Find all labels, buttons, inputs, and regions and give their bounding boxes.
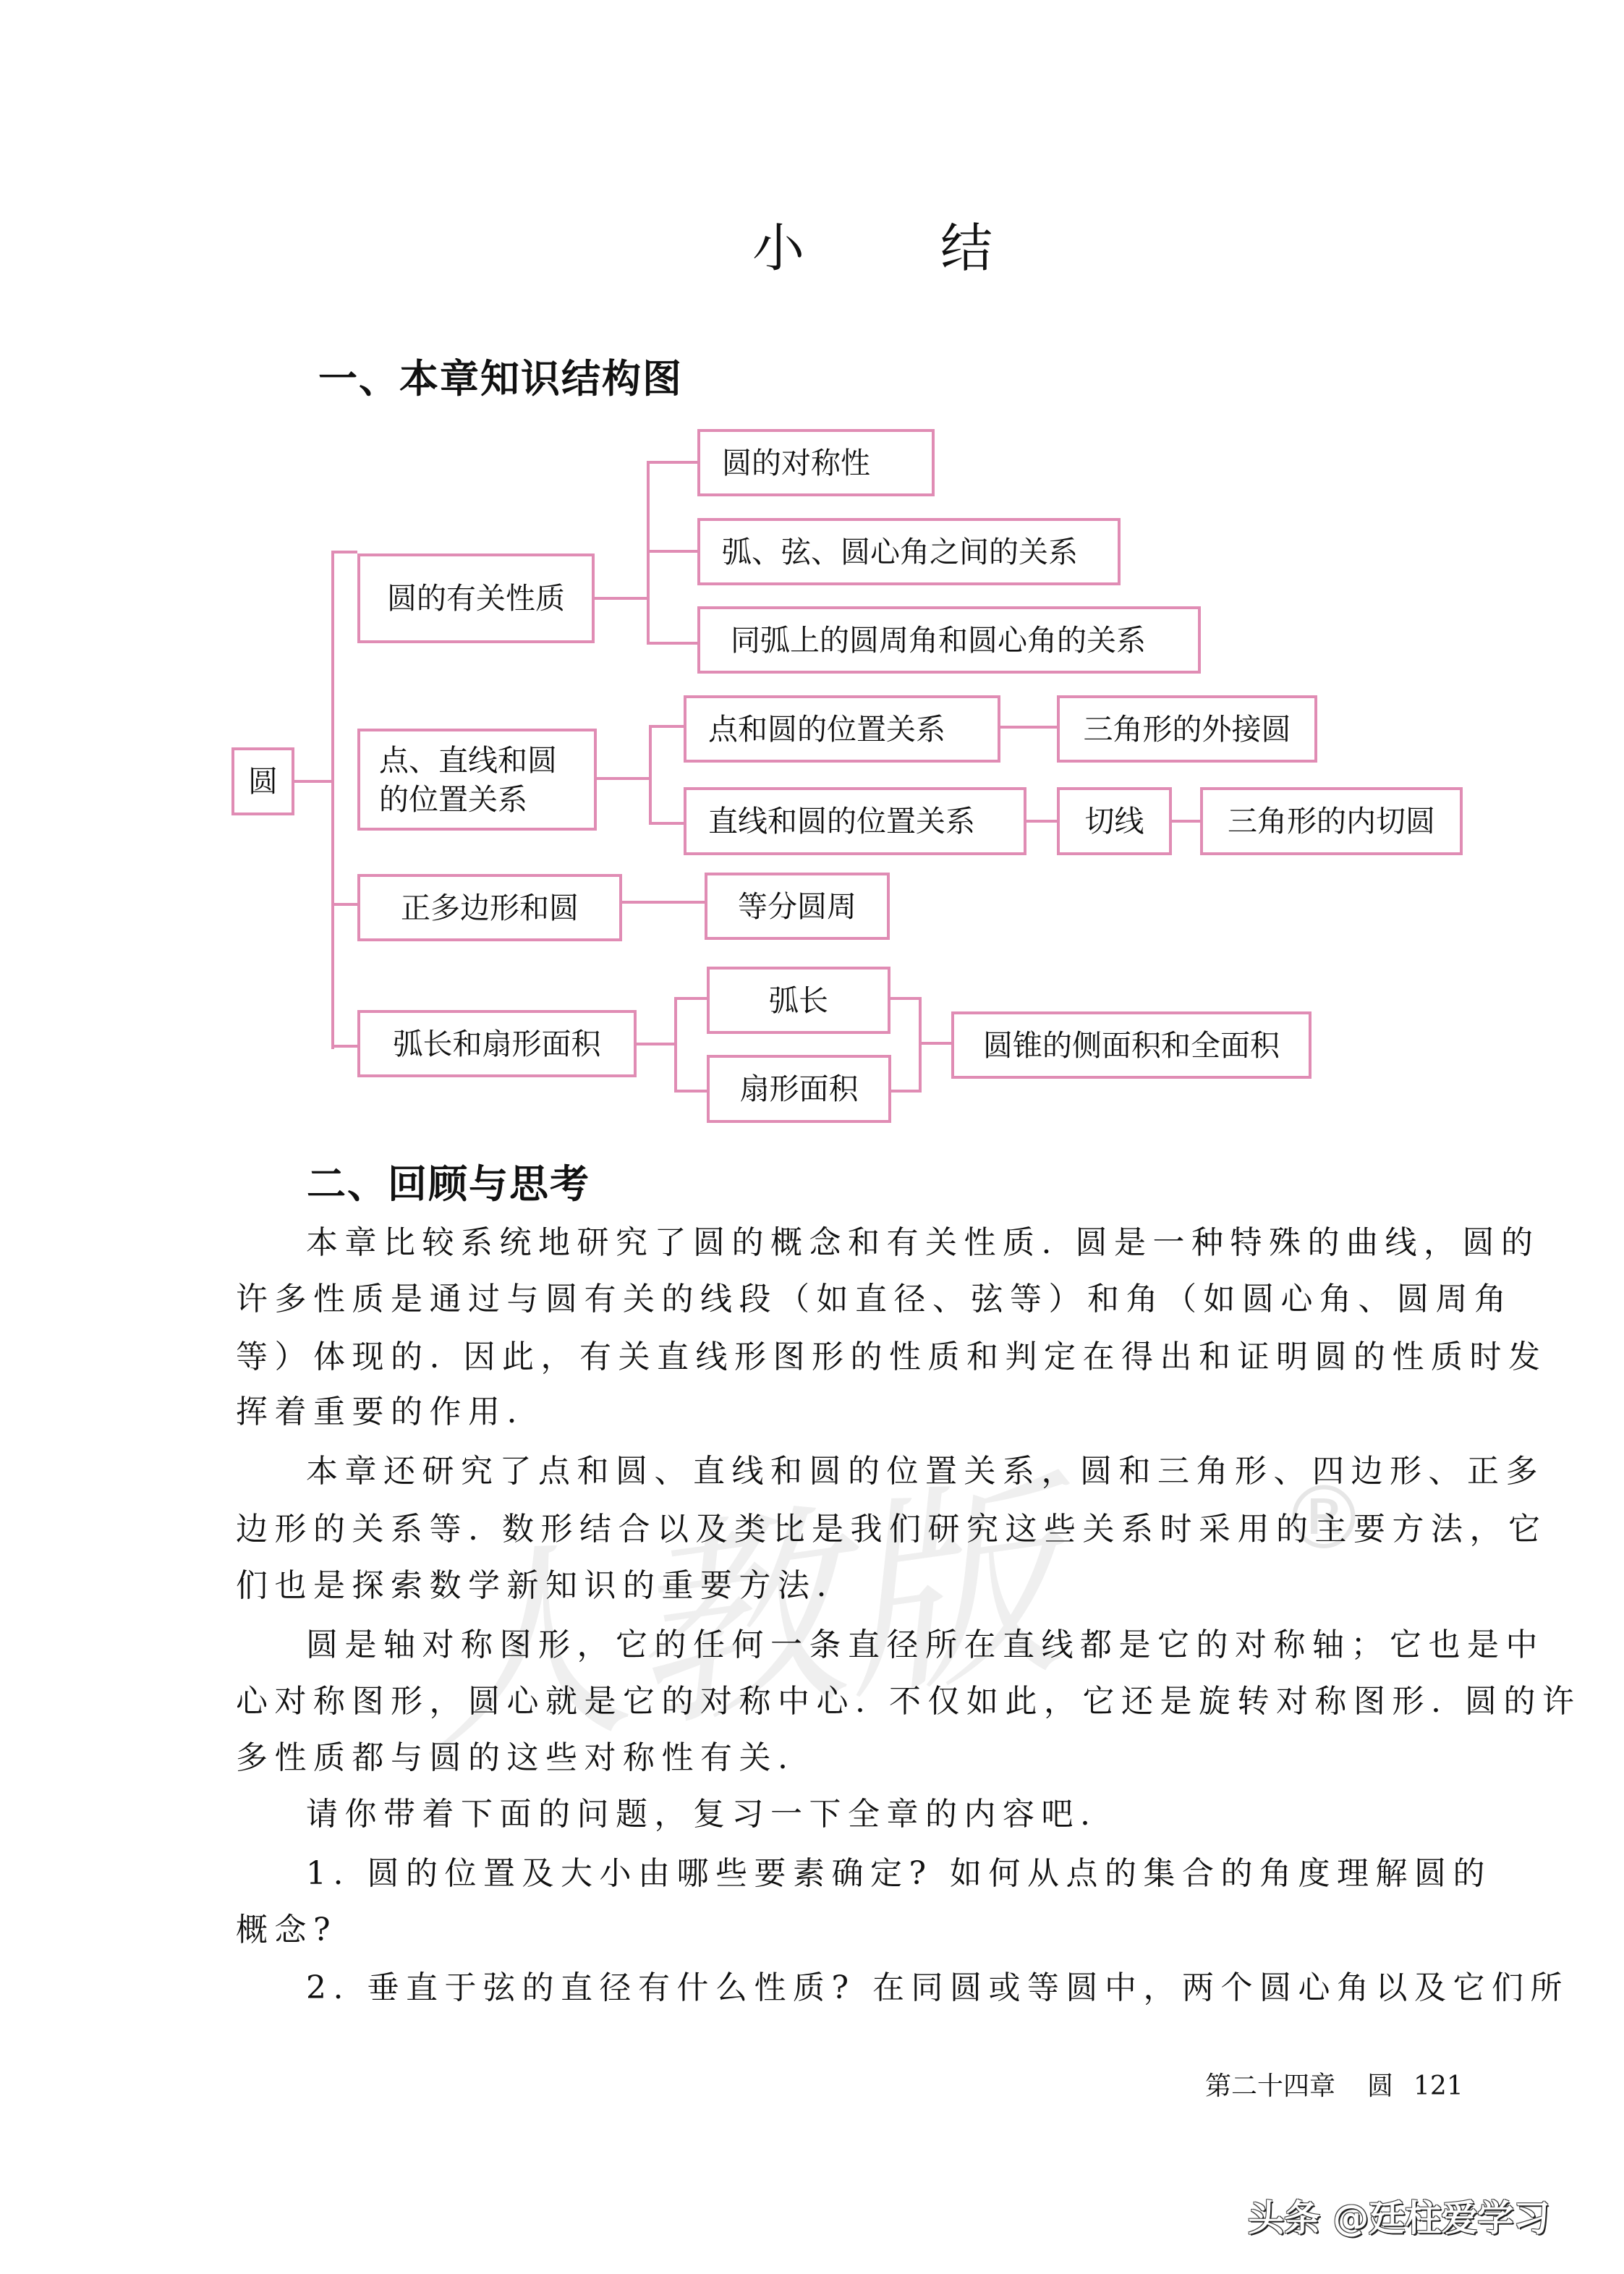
review-line: 心对称图形，圆心就是它的对称中心. 不仅如此，它还是旋转对称图形. 圆的许 [236,1680,1460,1723]
review-line: 边形的关系等. 数形结合以及类比是我们研究这些关系时采用的主要方法，它 [236,1508,1460,1551]
node-label: 等分圆周 [738,888,856,925]
connector-arc-length-right [890,997,922,1000]
page-title-char-1: 小 [752,216,803,281]
node-label: 圆锥的侧面积和全面积 [983,1027,1280,1064]
review-line: 许多性质是通过与圆有关的线段（如直径、弦等）和角（如圆心角、圆周角 [236,1278,1460,1321]
connector-sector-area [674,1090,707,1093]
node-arc-length: 弧长 [707,967,890,1034]
connector-arc-sector-vertical [674,997,677,1093]
connector-merge-vertical [919,997,922,1093]
connector-arc-length [674,997,707,1000]
connector-cone [919,1042,951,1045]
connector-trunk [331,552,334,1049]
node-label: 弧长和扇形面积 [394,1025,601,1063]
review-line: 们也是探索数学新知识的重要方法. [236,1564,1460,1608]
review-line: 本章比较系统地研究了圆的概念和有关性质. 圆是一种特殊的曲线，圆的 [306,1221,1460,1265]
node-label: 点和圆的位置关系 [708,710,945,748]
node-label: 切线 [1085,802,1144,840]
connector-root [294,780,334,783]
connector-branch-1 [331,551,357,553]
node-label: 正多边形和圆 [401,889,579,927]
connector-arc-sector-out [637,1043,677,1045]
connector-sector-area-right [891,1090,922,1093]
node-cone-surface-area: 圆锥的侧面积和全面积 [951,1011,1311,1079]
connector-symmetry [647,461,697,464]
node-tangent: 切线 [1057,787,1172,855]
node-circle-symmetry: 圆的对称性 [697,429,935,496]
review-line: 等）体现的. 因此，有关直线形图形的性质和判定在得出和证明圆的性质时发 [236,1336,1460,1379]
node-label: 弧长 [769,982,828,1019]
node-label-line-2: 的位置关系 [379,780,557,819]
review-line: 挥着重要的作用. [236,1391,1460,1434]
connector-branch-4 [331,1045,357,1048]
connector-position-out [597,777,652,780]
connector-circumcircle [1000,726,1057,729]
node-circumcircle: 三角形的外接圆 [1057,695,1317,763]
node-label: 三角形的内切圆 [1228,802,1435,840]
connector-arc-chord [647,550,697,553]
node-inscribed-central-angle: 同弧上的圆周角和圆心角的关系 [697,606,1201,674]
node-label: 圆的对称性 [722,444,870,482]
node-label: 弧、弦、圆心角之间的关系 [722,533,1078,571]
review-line: 本章还研究了点和圆、直线和圆的位置关系，圆和三角形、四边形、正多 [306,1450,1460,1493]
review-line: 请你带着下面的问题，复习一下全章的内容吧. [306,1793,1460,1836]
connector-tangent [1026,820,1057,823]
section-heading-knowledge-structure: 一、本章知识结构图 [318,357,683,401]
node-position-relations: 点、直线和圆 的位置关系 [357,729,597,831]
page-footer: 第二十四章圆121 [1205,2071,1463,2103]
node-label: 三角形的外接圆 [1084,710,1291,748]
connector-line-circle [649,822,684,825]
node-point-circle-position: 点和圆的位置关系 [684,695,1000,763]
connector-inscribed-angle [647,642,697,645]
node-label: 同弧上的圆周角和圆心角的关系 [731,621,1146,659]
review-question-1: 1. 圆的位置及大小由哪些要素确定? 如何从点的集合的角度理解圆的 [306,1852,1460,1896]
section-heading-review: 二、回顾与思考 [307,1163,590,1206]
node-line-circle-position: 直线和圆的位置关系 [684,787,1026,855]
node-arc-chord-central-angle: 弧、弦、圆心角之间的关系 [697,518,1121,585]
connector-incircle [1172,820,1200,823]
node-circle-properties: 圆的有关性质 [357,553,595,643]
source-watermark: 头条 @廷柱爱学习 [1248,2198,1549,2239]
connector-point-circle [649,725,684,728]
connector-properties-vertical [647,461,650,645]
node-arc-length-sector-area: 弧长和扇形面积 [357,1010,637,1077]
node-sector-area: 扇形面积 [707,1055,891,1123]
node-label: 圆 [248,763,278,800]
page-number: 121 [1413,2071,1463,2101]
page-title-char-2: 结 [940,216,991,281]
node-regular-polygon: 正多边形和圆 [357,874,622,941]
connector-branch-3 [331,903,357,906]
node-label-line-1: 点、直线和圆 [379,741,557,780]
footer-chapter: 第二十四章 [1205,2071,1335,2101]
review-line: 圆是轴对称图形，它的任何一条直径所在直线都是它的对称轴；它也是中 [306,1624,1460,1667]
node-label: 直线和圆的位置关系 [708,802,975,840]
node-label: 圆的有关性质 [387,580,565,617]
review-line: 多性质都与圆的这些对称性有关. [236,1736,1460,1780]
review-question-2: 2. 垂直于弦的直径有什么性质? 在同圆或等圆中，两个圆心角以及它们所 [306,1967,1460,2010]
connector-position-vertical [649,725,652,825]
connector-properties-out [595,597,650,600]
node-root-circle: 圆 [231,747,294,815]
node-incircle: 三角形的内切圆 [1200,787,1463,855]
node-label: 扇形面积 [740,1070,859,1108]
connector-divide-circumference [622,901,705,904]
page-title: 小结 [752,216,991,281]
node-divide-circumference: 等分圆周 [705,873,890,940]
review-question-1-cont: 概念? [236,1909,1460,1952]
footer-chapter-title: 圆 [1367,2071,1393,2101]
